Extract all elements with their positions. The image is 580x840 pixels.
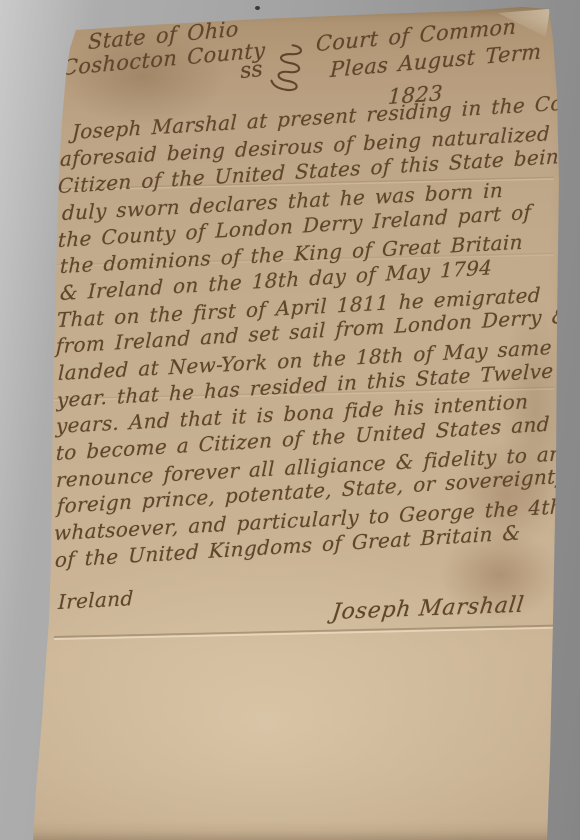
scroll-flourish-icon bbox=[258, 37, 320, 106]
signature: Joseph Marshall bbox=[331, 593, 526, 626]
fold-crease-4 bbox=[54, 625, 554, 640]
photograph-background: State of Ohio Coshocton County ss Court … bbox=[0, 0, 580, 840]
dust-speck bbox=[255, 6, 260, 10]
document-paper: State of Ohio Coshocton County ss Court … bbox=[0, 0, 580, 840]
document-line: Ireland bbox=[58, 586, 134, 614]
